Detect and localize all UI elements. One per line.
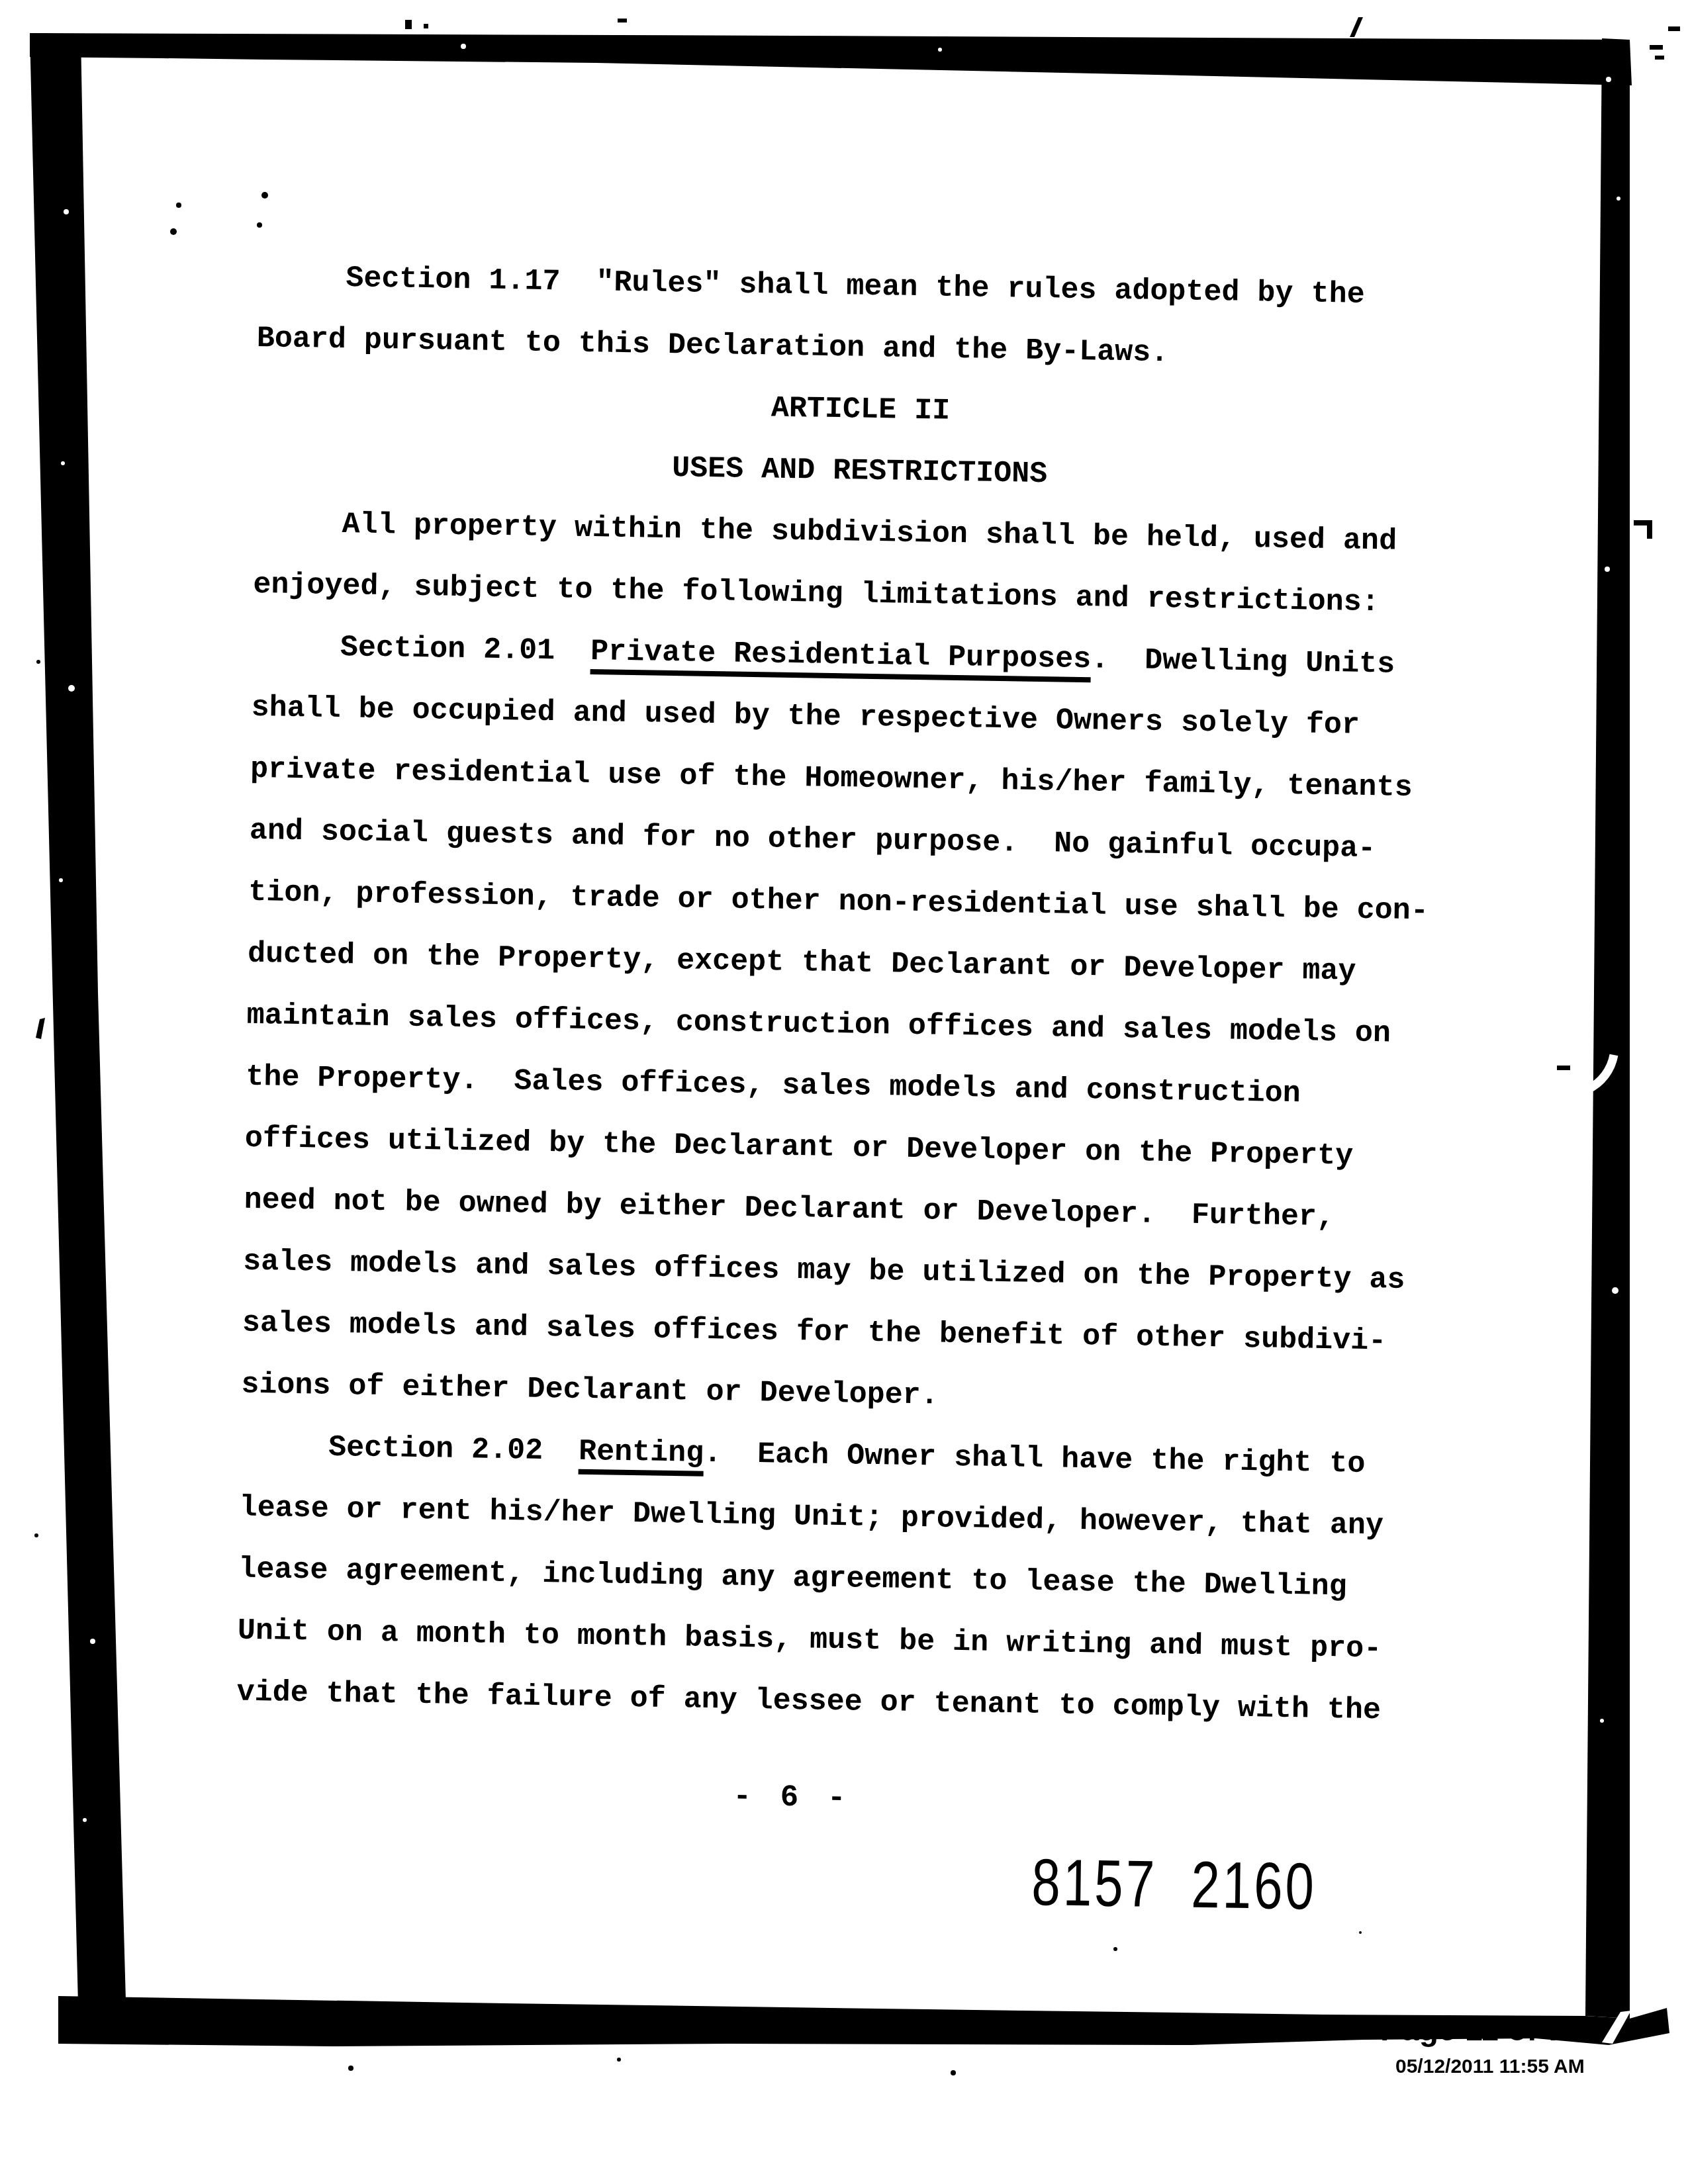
scanned-document-page: { "page": { "background": "#ffffff", "in… <box>0 0 1688 2184</box>
line-text: offices utilized by the Declarant or Dev… <box>245 1122 1354 1173</box>
scan-border-left <box>30 33 126 2004</box>
line-text: lease agreement, including any agreement… <box>238 1553 1347 1604</box>
line-text: Unit on a month to month basis, must be … <box>238 1614 1382 1666</box>
line-text: All property within the subdivision shal… <box>342 508 1397 559</box>
recorder-stamp-number: 8157 2160 <box>1031 1844 1317 1925</box>
line-text: ducted on the Property, except that Decl… <box>248 937 1356 989</box>
line-text: need not be owned by either Declarant or… <box>244 1183 1335 1234</box>
underlined-heading-text: Private Residential Purposes <box>590 635 1092 682</box>
scan-border-right <box>1585 38 1630 2019</box>
line-text: sales models and sales offices may be ut… <box>243 1245 1405 1297</box>
line-text: sales models and sales offices for the b… <box>242 1306 1386 1359</box>
line-text: Section 2.01 <box>340 631 591 668</box>
footer-page-indicator: Page 11 of 72 <box>1380 2012 1581 2048</box>
line-text: shall be occupied and used by the respec… <box>251 691 1360 743</box>
line-text: private residential use of the Homeowner… <box>250 752 1413 805</box>
scan-noise <box>1602 2011 1631 2044</box>
footer-timestamp: 05/12/2011 11:55 AM <box>1395 2056 1585 2078</box>
line-text: USES AND RESTRICTIONS <box>672 451 1048 491</box>
line-text: lease or rent his/her Dwelling Unit; pro… <box>239 1491 1383 1543</box>
line-text: Section 2.02 <box>328 1431 579 1469</box>
line-text: . Each Owner shall have the right to <box>704 1437 1366 1481</box>
line-text: the Property. Sales offices, sales model… <box>246 1060 1301 1111</box>
scan-noise <box>1587 1055 1614 1089</box>
line-text: ARTICLE II <box>771 391 951 428</box>
line-text: and social guests and for no other purpo… <box>250 814 1376 866</box>
line-text: vide that the failure of any lessee or t… <box>236 1675 1381 1727</box>
page-number: - 6 - <box>733 1780 851 1816</box>
line-text: sions of either Declarant or Developer. <box>241 1368 939 1413</box>
line-text: Board pursuant to this Declaration and t… <box>257 322 1169 370</box>
line-text: maintain sales offices, construction off… <box>246 999 1391 1051</box>
line-text: . Dwelling Units <box>1091 643 1395 681</box>
document-text-body: Section 1.17 "Rules" shall mean the rule… <box>236 246 1468 1743</box>
scan-border-top <box>30 33 1632 85</box>
line-text: Section 1.17 "Rules" shall mean the rule… <box>346 261 1365 312</box>
underlined-heading-text: Renting <box>579 1435 704 1477</box>
line-text: enjoyed, subject to the following limita… <box>253 568 1380 619</box>
line-text: tion, profession, trade or other non-res… <box>248 876 1429 929</box>
